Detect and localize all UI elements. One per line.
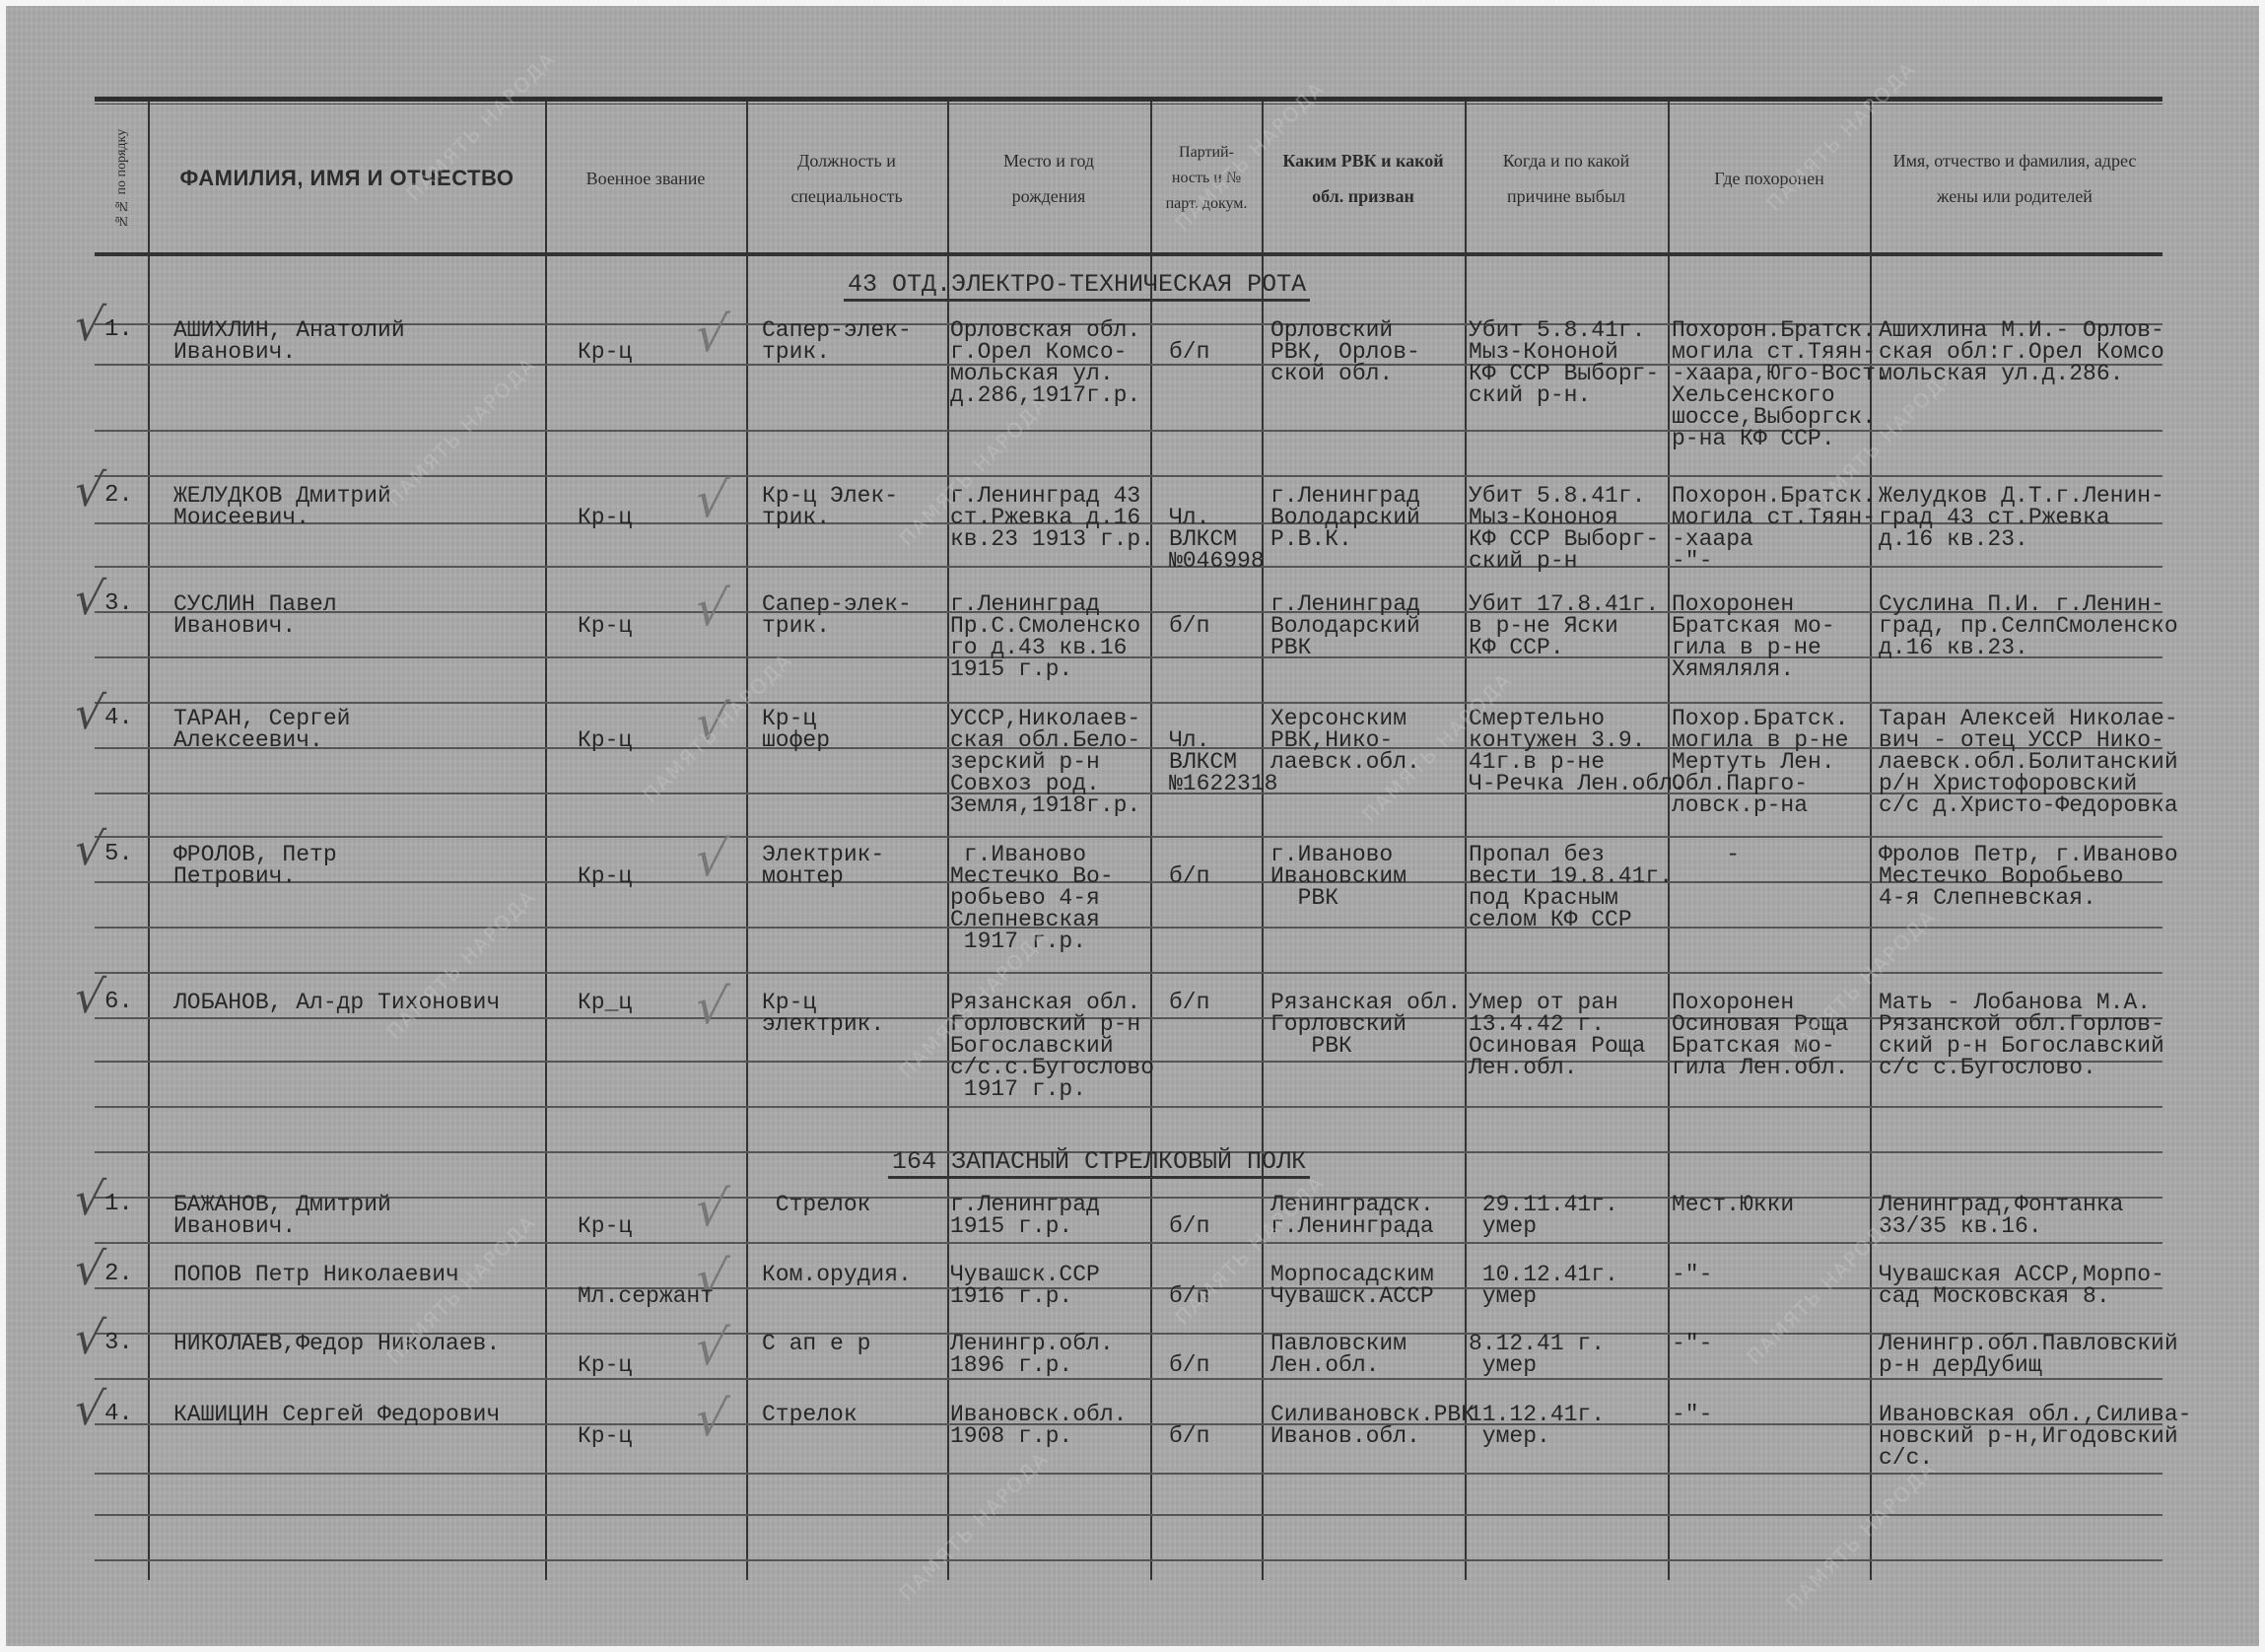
cell-relatives: Фролов Петр, г.Иваново Местечко Воробьев… [1879, 844, 2178, 909]
pencil-check-icon: √ [692, 830, 731, 887]
pencil-check-icon: √ [692, 1390, 731, 1447]
cell-when: Пропал без вести 19.8.41г. под Красным с… [1469, 844, 1673, 930]
ruled-line [95, 1514, 2162, 1516]
cell-relatives: Желудков Д.Т.г.Ленин- град 43 ст.Ржевка … [1879, 485, 2164, 550]
cell-birth: г.Ленинград 1915 г.р. [950, 1194, 1100, 1237]
cell-rvk: г.Ленинград Володарский РВК [1270, 593, 1420, 658]
cell-birth: Ленингр.обл. 1896 г.р. [950, 1333, 1114, 1376]
check-mark-icon: √ [71, 1311, 107, 1364]
cell-name: ЛОБАНОВ, Ал-др Тихонович [173, 992, 500, 1013]
cell-position: Кр-ц Элек- трик. [762, 485, 898, 528]
cell-relatives: Мать - Лобанова М.А. Рязанской обл.Горло… [1879, 992, 2164, 1078]
cell-name: ПОПОВ Петр Николаевич [173, 1264, 459, 1285]
ruled-line [95, 972, 2162, 974]
cell-relatives: Ленинград,Фонтанка 33/35 кв.16. [1879, 1194, 2123, 1237]
cell-party: б/п [1169, 1215, 1209, 1237]
pencil-check-icon: √ [692, 471, 731, 528]
cell-when: 11.12.41г. умер. [1469, 1404, 1605, 1447]
cell-rank: Кр-ц [578, 1215, 632, 1237]
cell-buried: -"- [1672, 1264, 1712, 1285]
cell-position: Сапер-элек- трик. [762, 319, 912, 363]
ruled-line [95, 702, 2162, 704]
cell-buried: -"- [1672, 1333, 1712, 1354]
header-party: Партий-ность и № парт. докум. [1152, 104, 1261, 252]
ruled-line [95, 1378, 2162, 1380]
cell-idx: 2. [104, 1264, 133, 1285]
cell-name: ТАРАН, Сергей Алексеевич. [173, 708, 350, 751]
cell-idx: 6. [104, 992, 133, 1013]
cell-birth: г.Ленинград Пр.С.Смоленско го д.43 кв.16… [950, 593, 1140, 680]
check-mark-icon: √ [71, 298, 107, 351]
cell-buried: - [1672, 844, 1740, 865]
cell-when: Смертельно контужен 3.9. 41г.в р-не Ч-Ре… [1469, 708, 1686, 794]
check-mark-icon: √ [71, 822, 107, 875]
cell-birth: Орловская обл. г.Орел Комсо- мольская ул… [950, 319, 1140, 406]
cell-position: Кр-ц электрик. [762, 992, 884, 1035]
ruled-line [95, 1473, 2162, 1475]
cell-party: б/п [1169, 615, 1209, 637]
check-mark-icon: √ [71, 686, 107, 739]
cell-birth: Чувашск.ССР 1916 г.р. [950, 1264, 1100, 1307]
cell-name: КАШИЦИН Сергей Федорович [173, 1404, 500, 1425]
cell-rank: Кр-ц [578, 507, 632, 528]
cell-name: ЖЕЛУДКОВ Дмитрий Моисеевич. [173, 485, 391, 528]
table-top-border [95, 97, 2162, 102]
cell-relatives: Ленингр.обл.Павловский р-н дерДубищ [1879, 1333, 2178, 1376]
cell-rvk: Морпосадским Чувашск.АССР [1270, 1264, 1434, 1307]
check-mark-icon: √ [71, 1172, 107, 1225]
section-title: 164 ЗАПАСНЫЙ СТРЕЛКОВЫЙ ПОЛК [888, 1147, 1310, 1179]
watermark: ПАМЯТЬ НАРОДА [1742, 1209, 1900, 1368]
cell-party: б/п [1169, 865, 1209, 887]
cell-buried: Мест.Юкки [1672, 1194, 1794, 1215]
header-position: Должность и специальность [748, 104, 945, 252]
cell-birth: УССР,Николаев- ская обл.Бело- зерский р-… [950, 708, 1140, 816]
cell-idx: 2. [104, 485, 133, 507]
header-when: Когда и по какой причине выбыл [1467, 104, 1666, 252]
cell-rank: Кр-ц [578, 615, 632, 637]
cell-position: С ап е р [762, 1333, 870, 1354]
section-title: 43 ОТД.ЭЛЕКТРО-ТЕХНИЧЕСКАЯ РОТА [844, 270, 1310, 302]
cell-when: 29.11.41г. умер [1469, 1194, 1618, 1237]
ruled-line [95, 927, 2162, 929]
cell-relatives: Суслина П.И. г.Ленин- град, пр.СелпСмоле… [1879, 593, 2178, 658]
cell-when: 8.12.41 г. умер [1469, 1333, 1605, 1376]
cell-idx: 4. [104, 708, 133, 729]
cell-when: Умер от ран 13.4.42 г. Осиновая Роща Лен… [1469, 992, 1645, 1078]
pencil-check-icon: √ [692, 580, 731, 637]
cell-name: БАЖАНОВ, Дмитрий Иванович. [173, 1194, 391, 1237]
ruled-line [95, 1197, 2162, 1199]
cell-relatives: Таран Алексей Николае- вич - отец УССР Н… [1879, 708, 2178, 816]
cell-rvk: г.Ленинград Володарский Р.В.К. [1270, 485, 1420, 550]
cell-name: ФРОЛОВ, Петр Петрович. [173, 844, 337, 887]
cell-position: Стрелок [762, 1194, 870, 1215]
ruled-line [95, 881, 2162, 883]
cell-rvk: Силивановск.РВК Иванов.обл. [1270, 1404, 1475, 1447]
watermark: ПАМЯТЬ НАРОДА [1781, 1456, 1940, 1615]
ruled-line [95, 1287, 2162, 1289]
cell-name: АШИХЛИН, Анатолий Иванович. [173, 319, 405, 363]
cell-idx: 1. [104, 319, 133, 341]
cell-party: б/п [1169, 1425, 1209, 1447]
header-birth: Место и год рождения [949, 104, 1148, 252]
cell-rank: Кр-ц [578, 1425, 632, 1447]
pencil-check-icon: √ [692, 978, 731, 1035]
cell-position: Ком.орудия. [762, 1264, 912, 1285]
cell-party: б/п [1169, 1354, 1209, 1376]
header-number: №№ по порядку [97, 104, 148, 252]
watermark: ПАМЯТЬ НАРОДА [381, 352, 540, 511]
document-page: №№ по порядку ФАМИЛИЯ, ИМЯ И ОТЧЕСТВО Во… [6, 6, 2259, 1646]
cell-party: б/п [1169, 992, 1209, 1013]
check-mark-icon: √ [71, 970, 107, 1023]
cell-rank: Кр-ц [578, 729, 632, 751]
cell-rank: Мл.сержант [578, 1285, 714, 1307]
cell-when: 10.12.41г. умер [1469, 1264, 1618, 1307]
cell-rvk: Херсонским РВК,Нико- лаевск.обл. [1270, 708, 1420, 773]
cell-rvk: Рязанская обл. Горловский РВК [1270, 992, 1461, 1057]
cell-rank: Кр-ц [578, 341, 632, 363]
pencil-check-icon: √ [692, 1180, 731, 1237]
cell-rank: Кр-ц [578, 865, 632, 887]
check-mark-icon: √ [71, 463, 107, 516]
cell-party: Чл. ВЛКСМ №1622318 [1169, 729, 1277, 794]
check-mark-icon: √ [71, 572, 107, 625]
cell-party: б/п [1169, 341, 1209, 363]
header-bottom-border [95, 252, 2162, 256]
cell-position: Кр-ц шофер [762, 708, 830, 751]
pencil-check-icon: √ [692, 1319, 731, 1376]
cell-idx: 4. [104, 1404, 133, 1425]
cell-idx: 3. [104, 1333, 133, 1354]
cell-idx: 3. [104, 593, 133, 615]
cell-when: Убит 17.8.41г. в р-не Яски КФ ССР. [1469, 593, 1659, 658]
cell-buried: -"- [1672, 1404, 1712, 1425]
cell-party: Чл. ВЛКСМ №046998 [1169, 507, 1265, 572]
pencil-check-icon: √ [692, 306, 731, 363]
cell-rvk: Павловским Лен.обл. [1270, 1333, 1407, 1376]
cell-rank: Кр_ц [578, 992, 632, 1013]
cell-rvk: г.Иваново Ивановским РВК [1270, 844, 1407, 909]
cell-buried: Похорон.Братск. могила ст.Тяян- -хаара,Ю… [1672, 319, 1889, 449]
cell-name: СУСЛИН Павел Иванович. [173, 593, 337, 637]
ruled-line [95, 836, 2162, 838]
check-mark-icon: √ [71, 1382, 107, 1435]
cell-position: Сапер-элек- трик. [762, 593, 912, 637]
cell-idx: 5. [104, 844, 133, 865]
cell-name: НИКОЛАЕВ,Федор Николаев. [173, 1333, 500, 1354]
cell-rank: Кр-ц [578, 1354, 632, 1376]
cell-buried: Похоронен Братская мо- гила в р-не Хямял… [1672, 593, 1835, 680]
cell-rvk: Орловский РВК, Орлов- ской обл. [1270, 319, 1420, 384]
cell-relatives: Ашихлина М.И.- Орлов- ская обл:г.Орел Ко… [1879, 319, 2164, 384]
cell-when: Убит 5.8.41г. Мыз-Кононой КФ ССР Выборг-… [1469, 319, 1659, 406]
watermark: ПАМЯТЬ НАРОДА [894, 1446, 1053, 1605]
cell-birth: г.Ленинград 43 ст.Ржевка д.16 кв.23 1913… [950, 485, 1154, 550]
cell-position: Стрелок [762, 1404, 858, 1425]
cell-birth: Ивановск.обл. 1908 г.р. [950, 1404, 1127, 1447]
header-rank: Военное звание [547, 104, 744, 252]
header-relatives: Имя, отчество и фамилия, адрес жены или … [1872, 104, 2158, 252]
cell-idx: 1. [104, 1194, 133, 1215]
cell-buried: Похорон.Братск. могила ст.Тяян- -хаара -… [1672, 485, 1876, 572]
cell-relatives: Чувашская АССР,Морпо- сад Московская 8. [1879, 1264, 2164, 1307]
cell-when: Убит 5.8.41г. Мыз-Кононоя КФ ССР Выборг-… [1469, 485, 1659, 572]
cell-position: Электрик- монтер [762, 844, 884, 887]
cell-buried: Похор.Братск. могила в р-не Мертуть Лен.… [1672, 708, 1848, 816]
ruled-line [95, 1106, 2162, 1108]
watermark: ПАМЯТЬ НАРОДА [381, 884, 540, 1043]
